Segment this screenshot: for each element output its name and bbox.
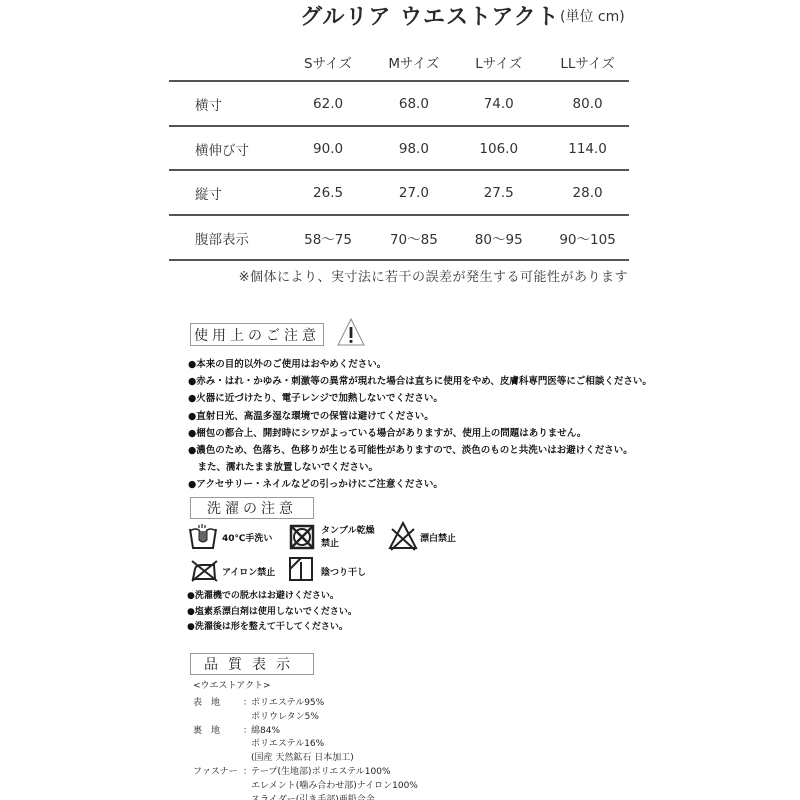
composition-row: ポリエステル16% (193, 738, 418, 752)
cell: 26.5 (287, 185, 370, 201)
shade-line-dry-label: 陰つり干し (321, 565, 366, 578)
list-item: ●赤み・はれ・かゆみ・刺激等の異常が現れた場合は直ちに使用をやめ、皮膚科専門医等… (188, 373, 652, 390)
composition-label (193, 711, 243, 725)
composition-sep (243, 780, 251, 794)
list-item: ●洗濯後は形を整えて干してください。 (187, 620, 357, 636)
no-iron-icon (190, 557, 218, 583)
page-title: グルリア ウエストアクト (300, 0, 560, 31)
composition-label: 裏 地 (193, 725, 243, 739)
composition-sep (243, 752, 251, 766)
cell: 27.0 (372, 185, 455, 201)
composition-row: スライダー(引き手部)亜鉛合金 (193, 794, 418, 800)
composition-value: 綿84% (251, 725, 280, 739)
composition-label (193, 794, 243, 800)
table-row: 縦寸 26.5 27.0 27.5 28.0 (169, 171, 629, 216)
header-cell-s: Sサイズ (287, 52, 370, 72)
cell: 90.0 (287, 141, 370, 157)
composition-value: エレメント(噛み合わせ部)ナイロン100% (251, 780, 418, 794)
cell: 106.0 (457, 141, 540, 157)
no-tumble-dry-label-line1: タンブル乾燥 (321, 525, 375, 538)
no-tumble-dry-label: タンブル乾燥 禁止 (321, 525, 375, 551)
usage-caution-list: ●本来の目的以外のご使用はおやめください。 ●赤み・はれ・かゆみ・刺激等の異常が… (188, 356, 652, 494)
table-row: 横伸び寸 90.0 98.0 106.0 114.0 (169, 127, 629, 172)
usage-caution-heading: 使用上のご注意 (190, 323, 324, 346)
cell: 80〜95 (457, 228, 540, 248)
composition-value: ポリエステル16% (251, 738, 324, 752)
no-iron-label: アイロン禁止 (222, 565, 275, 578)
washing-caution-list: ●洗濯機での脱水はお避けください。 ●塩素系漂白剤は使用しないでください。 ●洗… (187, 589, 357, 636)
list-item: ●火器に近づけたり、電子レンジで加熱しないでください。 (188, 390, 652, 407)
no-tumble-dry-label-line2: 禁止 (321, 538, 375, 551)
table-row: 腹部表示 58〜75 70〜85 80〜95 90〜105 (169, 216, 629, 261)
composition-row: (国産 天然鉱石 日本加工) (193, 752, 418, 766)
row-label: 横伸び寸 (169, 139, 287, 159)
quality-label-heading: 品質表示 (190, 653, 314, 675)
cell: 80.0 (546, 96, 629, 112)
composition-label: 表 地 (193, 697, 243, 711)
cell: 68.0 (372, 96, 455, 112)
composition-sep (243, 794, 251, 800)
composition-sep (243, 738, 251, 752)
composition-label (193, 752, 243, 766)
composition-sep: ： (243, 725, 251, 739)
composition-sep: ： (243, 766, 251, 780)
list-item: ●洗濯機での脱水はお避けください。 (187, 589, 357, 605)
cell: 27.5 (457, 185, 540, 201)
shade-line-dry-icon (288, 556, 314, 582)
row-label: 縦寸 (169, 183, 287, 203)
no-bleach-label: 漂白禁止 (420, 531, 456, 544)
cell: 98.0 (372, 141, 455, 157)
hand-wash-40-icon (188, 523, 218, 551)
cell: 28.0 (546, 185, 629, 201)
composition-value: ポリエステル95% (251, 697, 324, 711)
list-item: ●梱包の都合上、開封時にシワがよっている場合がありますが、使用上の問題はありませ… (188, 425, 652, 442)
quality-product-name: <ウエストアクト> (193, 680, 271, 694)
composition-sep: ： (243, 697, 251, 711)
composition-sep (243, 711, 251, 725)
composition-value: スライダー(引き手部)亜鉛合金 (251, 794, 375, 800)
row-label: 腹部表示 (169, 228, 287, 248)
composition-row: ポリウレタン5% (193, 711, 418, 725)
no-tumble-dry-icon (289, 524, 315, 550)
no-bleach-icon (388, 521, 418, 551)
quality-composition: 表 地 ： ポリエステル95% ポリウレタン5% 裏 地 ： 綿84% ポリエス… (193, 697, 418, 800)
list-item: ●直射日光、高温多湿な環境での保管は避けてください。 (188, 408, 652, 425)
composition-value: テープ(生地部)ポリエステル100% (251, 766, 391, 780)
list-item: ●アクセサリー・ネイルなどの引っかけにご注意ください。 (188, 476, 652, 493)
composition-label (193, 780, 243, 794)
cell: 58〜75 (287, 228, 370, 248)
hand-wash-label: 40℃手洗い (222, 531, 272, 544)
row-label: 横寸 (169, 94, 287, 114)
unit-label: (単位 cm) (560, 6, 625, 26)
list-item: ●塩素系漂白剤は使用しないでください。 (187, 605, 357, 621)
cell: 114.0 (546, 141, 629, 157)
size-table: Sサイズ Mサイズ Lサイズ LLサイズ 横寸 62.0 68.0 74.0 8… (169, 42, 629, 260)
composition-label: ファスナー (193, 766, 243, 780)
composition-row: 裏 地 ： 綿84% (193, 725, 418, 739)
cell: 90〜105 (546, 228, 629, 248)
header-cell-ll: LLサイズ (546, 52, 629, 72)
washing-caution-heading: 洗濯の注意 (190, 497, 314, 519)
header-cell-m: Mサイズ (372, 52, 455, 72)
composition-row: ファスナー ： テープ(生地部)ポリエステル100% (193, 766, 418, 780)
table-row: 横寸 62.0 68.0 74.0 80.0 (169, 82, 629, 127)
cell: 74.0 (457, 96, 540, 112)
list-item: ●濃色のため、色落ち、色移りが生じる可能性がありますので、淡色のものと共洗いはお… (188, 442, 652, 459)
composition-value: (国産 天然鉱石 日本加工) (251, 752, 354, 766)
measurement-note: ※個体により、実寸法に若干の誤差が発生する可能性があります (239, 266, 628, 285)
warning-triangle-icon (336, 317, 366, 347)
composition-value: ポリウレタン5% (251, 711, 319, 725)
list-item: また、濡れたまま放置しないでください。 (188, 459, 652, 476)
divider (169, 259, 629, 261)
list-item: ●本来の目的以外のご使用はおやめください。 (188, 356, 652, 373)
cell: 62.0 (287, 96, 370, 112)
composition-row: エレメント(噛み合わせ部)ナイロン100% (193, 780, 418, 794)
header-cell-l: Lサイズ (457, 52, 540, 72)
composition-label (193, 738, 243, 752)
composition-row: 表 地 ： ポリエステル95% (193, 697, 418, 711)
cell: 70〜85 (372, 228, 455, 248)
table-header-row: Sサイズ Mサイズ Lサイズ LLサイズ (169, 42, 629, 81)
